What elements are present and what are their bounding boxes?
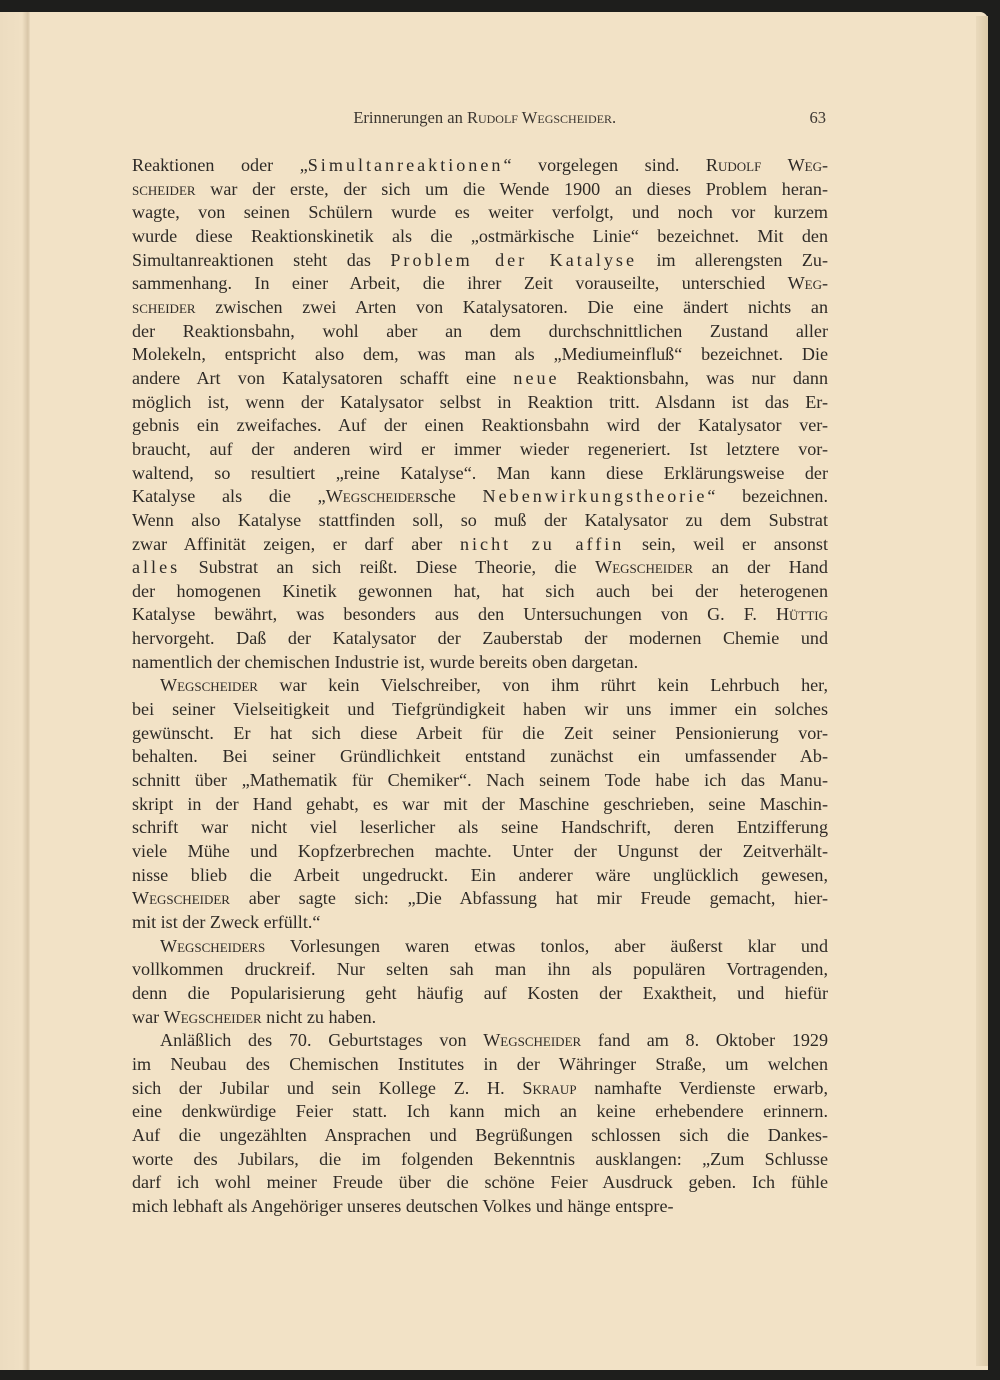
text-run: aber sagte sich: „Die Abfassung hat mir … (230, 888, 828, 908)
text-run: skript in der Hand gehabt, es war mit de… (132, 794, 828, 814)
text-line: vollkommen druckreif. Nur selten sah man… (132, 958, 828, 982)
text-run: möglich ist, wenn der Katalysator selbst… (132, 392, 828, 412)
page-right-edge (976, 16, 988, 1366)
text-line: der homogenen Kinetik gewonnen hat, hat … (132, 580, 828, 604)
text-run: hervorgeht. Daß der Katalysator der Zaub… (132, 628, 828, 648)
text-line: war Wegscheider nicht zu haben. (132, 1006, 828, 1030)
text-run: sche (424, 486, 483, 506)
text-run: Katalyse als die „ (132, 486, 326, 506)
text-line: mit ist der Zweck erfüllt.“ (132, 911, 828, 935)
text-run: mit ist der Zweck erfüllt.“ (132, 912, 320, 932)
paragraph: Anläßlich des 70. Geburtstages von Wegsc… (132, 1029, 828, 1218)
text-run: denn die Popularisierung geht häufig auf… (132, 983, 828, 1003)
text-run: behalten. Bei seiner Gründlichkeit entst… (132, 746, 828, 766)
text-run: der homogenen Kinetik gewonnen hat, hat … (132, 581, 828, 601)
small-caps-name: Wegscheider (132, 888, 230, 908)
page-number: 63 (810, 108, 827, 128)
small-caps-name: Weg- (788, 273, 828, 293)
small-caps-name: Wegscheider (160, 675, 258, 695)
text-line: scheider war der erste, der sich um die … (132, 178, 828, 202)
text-run: an der Hand (693, 557, 828, 577)
text-run: sein, weil er ansonst (624, 534, 828, 554)
text-run: Substrat an sich reißt. Diese Theorie, d… (180, 557, 595, 577)
text-run: sammenhang. In einer Arbeit, die ihrer Z… (132, 273, 788, 293)
small-caps-name: scheider (132, 179, 196, 199)
spaced-emphasis: nicht zu affin (460, 534, 624, 554)
text-line: worte des Jubilars, die im folgenden Bek… (132, 1148, 828, 1172)
text-run: nicht zu haben. (262, 1007, 377, 1027)
running-title-name: Rudolf Wegscheider (467, 108, 612, 127)
text-line: skript in der Hand gehabt, es war mit de… (132, 793, 828, 817)
scanned-page: Erinnerungen an Rudolf Wegscheider. 63 R… (0, 12, 988, 1370)
text-line: behalten. Bei seiner Gründlichkeit entst… (132, 745, 828, 769)
text-run: wurde diese Reaktionskinetik als die „os… (132, 226, 828, 246)
text-run: “ bezeichnen. (707, 486, 828, 506)
text-run: Reaktionsbahn, was nur dann (560, 368, 828, 388)
text-line: scheider zwischen zwei Arten von Katalys… (132, 296, 828, 320)
text-run: andere Art von Katalysatoren schafft ein… (132, 368, 513, 388)
text-run: waltend, so resultiert „reine Katalyse“.… (132, 463, 828, 483)
text-line: Wegscheider war kein Vielschreiber, von … (132, 674, 828, 698)
text-line: Katalyse bewährt, was besonders aus den … (132, 603, 828, 627)
text-run: Simultanreaktionen steht das (132, 250, 390, 270)
text-run: bei seiner Vielseitigkeit und Tiefgründi… (132, 699, 828, 719)
text-run: wagte, von seinen Schülern wurde es weit… (132, 202, 828, 222)
text-line: schnitt über „Mathematik für Chemiker“. … (132, 769, 828, 793)
running-title-plain: Erinnerungen an (353, 108, 467, 127)
paragraph: Reaktionen oder „Simultanreaktionen“ vor… (132, 154, 828, 674)
text-line: alles Substrat an sich reißt. Diese Theo… (132, 556, 828, 580)
spaced-emphasis: Simultanreaktionen (308, 155, 504, 175)
body-text: Reaktionen oder „Simultanreaktionen“ vor… (132, 154, 828, 1219)
text-run: eine denkwürdige Feier statt. Ich kann m… (132, 1101, 828, 1121)
text-line: Wegscheider aber sagte sich: „Die Abfass… (132, 887, 828, 911)
small-caps-name: Rudolf Weg- (706, 155, 828, 175)
text-run: war der erste, der sich um die Wende 190… (196, 179, 828, 199)
text-line: zwar Affinität zeigen, er darf aber nich… (132, 533, 828, 557)
text-run: schnitt über „Mathematik für Chemiker“. … (132, 770, 828, 790)
text-run: war kein Vielschreiber, von ihm rührt ke… (258, 675, 828, 695)
paragraph: Wegscheider war kein Vielschreiber, von … (132, 674, 828, 934)
text-line: waltend, so resultiert „reine Katalyse“.… (132, 462, 828, 486)
text-run: sich der Jubilar und sein Kollege Z. H. (132, 1078, 522, 1098)
text-line: Simultanreaktionen steht das Problem der… (132, 249, 828, 273)
small-caps-name: Wegscheider (326, 486, 424, 506)
text-run: viele Mühe und Kopfzerbrechen machte. Un… (132, 841, 828, 861)
text-line: Reaktionen oder „Simultanreaktionen“ vor… (132, 154, 828, 178)
running-title-end: . (612, 108, 616, 127)
text-run: zwischen zwei Arten von Katalysatoren. D… (196, 297, 828, 317)
text-line: Wegscheiders Vorlesungen waren etwas ton… (132, 935, 828, 959)
text-run: “ vorgelegen sind. (503, 155, 705, 175)
paragraph: Wegscheiders Vorlesungen waren etwas ton… (132, 935, 828, 1030)
text-line: mich lebhaft als Angehöriger unseres deu… (132, 1195, 828, 1219)
text-line: gebnis ein zweifaches. Auf der einen Rea… (132, 414, 828, 438)
text-run: darf ich wohl meiner Freude über die sch… (132, 1172, 828, 1192)
spaced-emphasis: neue (513, 368, 559, 388)
text-run: Vorlesungen waren etwas tonlos, aber äuß… (265, 936, 828, 956)
running-title: Erinnerungen an Rudolf Wegscheider. (130, 108, 810, 128)
page-binding-fold (0, 12, 30, 1370)
text-line: Katalyse als die „Wegscheidersche Nebenw… (132, 485, 828, 509)
text-run: braucht, auf der anderen wird er immer w… (132, 439, 828, 459)
text-run: der Reaktionsbahn, wohl aber an dem durc… (132, 321, 828, 341)
text-run: gebnis ein zweifaches. Auf der einen Rea… (132, 415, 828, 435)
text-run: Katalyse bewährt, was besonders aus den … (132, 604, 776, 624)
text-line: Molekeln, entspricht also dem, was man a… (132, 343, 828, 367)
text-run: mich lebhaft als Angehöriger unseres deu… (132, 1196, 674, 1216)
text-line: im Neubau des Chemischen Institutes in d… (132, 1053, 828, 1077)
text-line: darf ich wohl meiner Freude über die sch… (132, 1171, 828, 1195)
text-line: hervorgeht. Daß der Katalysator der Zaub… (132, 627, 828, 651)
text-line: wagte, von seinen Schülern wurde es weit… (132, 201, 828, 225)
text-line: nisse blieb die Arbeit ungedruckt. Ein a… (132, 864, 828, 888)
text-line: Auf die ungezählten Ansprachen und Begrü… (132, 1124, 828, 1148)
text-line: braucht, auf der anderen wird er immer w… (132, 438, 828, 462)
text-run: worte des Jubilars, die im folgenden Bek… (132, 1149, 828, 1169)
text-run: war (132, 1007, 164, 1027)
text-run: namhafte Verdienste erwarb, (577, 1078, 828, 1098)
text-run: fand am 8. Oktober 1929 (581, 1030, 828, 1050)
running-header: Erinnerungen an Rudolf Wegscheider. 63 (130, 108, 826, 128)
small-caps-name: Wegscheider (595, 557, 693, 577)
text-line: sammenhang. In einer Arbeit, die ihrer Z… (132, 272, 828, 296)
small-caps-name: Skraup (522, 1078, 576, 1098)
text-line: schrift war nicht viel leserlicher als s… (132, 816, 828, 840)
spaced-emphasis: Problem der Katalyse (390, 250, 637, 270)
small-caps-name: scheider (132, 297, 196, 317)
text-run: im allerengsten Zu- (637, 250, 828, 270)
text-run: schrift war nicht viel leserlicher als s… (132, 817, 828, 837)
text-run: Auf die ungezählten Ansprachen und Begrü… (132, 1125, 828, 1145)
text-line: viele Mühe und Kopfzerbrechen machte. Un… (132, 840, 828, 864)
spaced-emphasis: alles (132, 557, 180, 577)
text-run: gewünscht. Er hat sich diese Arbeit für … (132, 723, 828, 743)
spaced-emphasis: Nebenwirkungstheorie (483, 486, 708, 506)
text-line: der Reaktionsbahn, wohl aber an dem durc… (132, 320, 828, 344)
text-run: im Neubau des Chemischen Institutes in d… (132, 1054, 828, 1074)
text-line: sich der Jubilar und sein Kollege Z. H. … (132, 1077, 828, 1101)
small-caps-name: Wegscheiders (160, 936, 265, 956)
text-run: vollkommen druckreif. Nur selten sah man… (132, 959, 828, 979)
text-line: Anläßlich des 70. Geburtstages von Wegsc… (132, 1029, 828, 1053)
text-line: wurde diese Reaktionskinetik als die „os… (132, 225, 828, 249)
text-run: nisse blieb die Arbeit ungedruckt. Ein a… (132, 865, 828, 885)
text-run: Anläßlich des 70. Geburtstages von (160, 1030, 483, 1050)
small-caps-name: Wegscheider (164, 1007, 262, 1027)
text-line: eine denkwürdige Feier statt. Ich kann m… (132, 1100, 828, 1124)
text-line: denn die Popularisierung geht häufig auf… (132, 982, 828, 1006)
text-line: gewünscht. Er hat sich diese Arbeit für … (132, 722, 828, 746)
text-line: andere Art von Katalysatoren schafft ein… (132, 367, 828, 391)
text-run: Reaktionen oder „ (132, 155, 308, 175)
small-caps-name: Hüttig (776, 604, 828, 624)
text-run: zwar Affinität zeigen, er darf aber (132, 534, 460, 554)
text-line: Wenn also Katalyse stattfinden soll, so … (132, 509, 828, 533)
text-run: Wenn also Katalyse stattfinden soll, so … (132, 510, 828, 530)
text-run: namentlich der chemischen Industrie ist,… (132, 652, 638, 672)
text-run: Molekeln, entspricht also dem, was man a… (132, 344, 828, 364)
text-line: bei seiner Vielseitigkeit und Tiefgründi… (132, 698, 828, 722)
text-line: namentlich der chemischen Industrie ist,… (132, 651, 828, 675)
small-caps-name: Wegscheider (483, 1030, 581, 1050)
text-line: möglich ist, wenn der Katalysator selbst… (132, 391, 828, 415)
